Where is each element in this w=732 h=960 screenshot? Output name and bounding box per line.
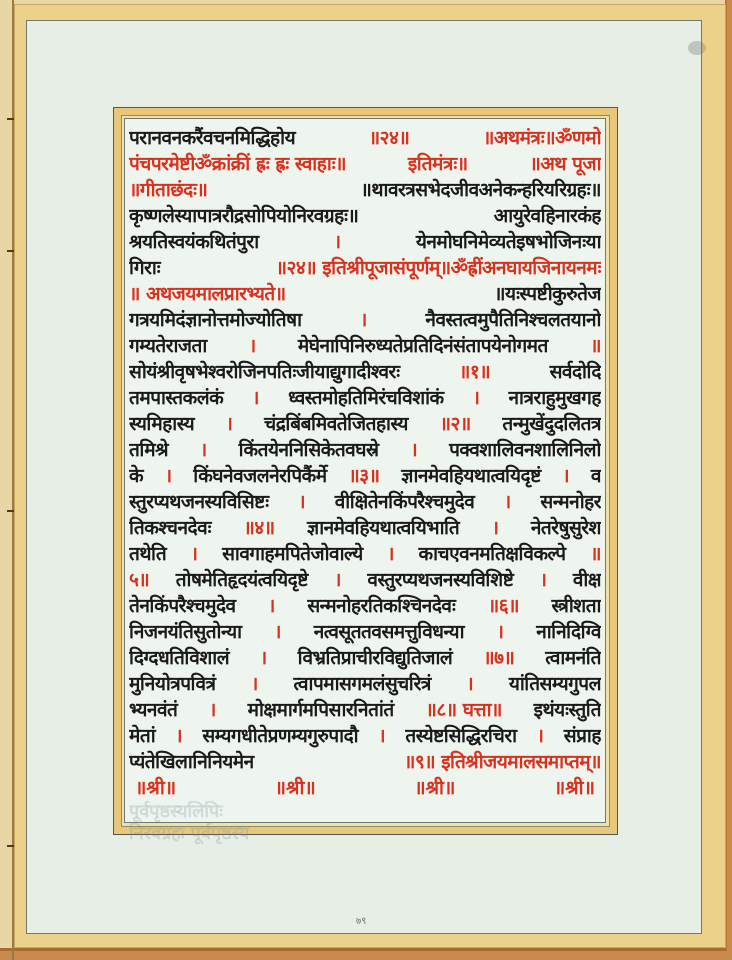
manuscript-line: गत्रयमिदंज्ञानोत्तमोज्योतिषा।नैवस्तत्वमु… [129, 307, 601, 333]
body-text: मोक्षमार्गमपिसारनितांतं [248, 697, 394, 723]
body-text: श्रयतिस्वयंकथितंपुरा [129, 229, 259, 255]
page-number: ७९ [356, 913, 366, 927]
rubric-text: ॥९॥ इतिश्रीजयमालसमाप्तम्॥ [404, 749, 601, 775]
rubric-text: । [387, 541, 394, 567]
rubric-text: ॥अथ पूजा [530, 151, 601, 177]
rubric-text: । [334, 229, 341, 255]
rubric-text: । [540, 567, 547, 593]
rubric-text: ॥६॥ [488, 593, 519, 619]
body-text: येनमोघनिमेव्यतेइषभोजिनःया [416, 229, 601, 255]
body-text: तेनकिंपरैश्चमुदेव [129, 593, 236, 619]
manuscript-line: तमिश्रे।किंतयेननिसिकेतवघस्रे।पक्वशालिवनश… [129, 437, 601, 463]
rubric-text: ॥२४॥ इतिश्रीपूजासंपूर्णम्॥ॐह्रींअनघायजिन… [276, 255, 601, 281]
body-text: ज्ञानमेवहियथात्वयिदृष्टं [401, 463, 540, 489]
body-text: नत्वसूततवसमत्तुविधन्या [314, 619, 464, 645]
body-text: गिराः [129, 255, 160, 281]
body-text: तमपास्तकलंकं [129, 385, 223, 411]
body-text: किंतयेननिसिकेतवघस्रे [239, 437, 379, 463]
body-text: इथंयःस्तुति [534, 697, 601, 723]
body-text: सन्मनोहरतिकश्चिनदेवः [307, 593, 455, 619]
body-text: नानिदिग्वि [536, 619, 601, 645]
rubric-text: । [298, 489, 305, 515]
manuscript-line: मेतां।सम्यगधीतेप्रणम्यगुरुपादौ।तस्येष्टस… [129, 723, 601, 749]
rubric-text: । [473, 385, 480, 411]
rubric-text: ॥ [590, 541, 601, 567]
body-text: नैवस्तत्वमुपैतिनिश्चलतयानो [425, 307, 601, 333]
body-text: वस्तुरप्यथजनस्यविशिष्टे [367, 567, 513, 593]
body-text: भ्यनवंतं [129, 697, 177, 723]
body-text: प्यंतेखिलानिनियमेन [129, 749, 254, 775]
shri-marker-row: ॥श्री॥॥श्री॥॥श्री॥॥श्री॥ [129, 775, 601, 801]
body-text: तथेति [129, 541, 166, 567]
body-text: निजनयंतिसुतोन्या [129, 619, 242, 645]
body-text: पक्वशालिवनशालिनिलो [449, 437, 601, 463]
manuscript-line: ॥गीताछंदः॥॥थावरत्रसभेदजीवअनेकन्हरियरिग्र… [129, 177, 601, 203]
body-text: किंघनेवजलनेरपिकैंर्मे [193, 463, 326, 489]
rubric-text: । [537, 723, 544, 749]
body-text: मुनियोत्रपवित्रं [129, 671, 216, 697]
body-text: यांतिसम्यगुपल [509, 671, 601, 697]
rubric-text: । [274, 619, 281, 645]
rubric-text: । [165, 463, 172, 489]
body-text: मेतां [129, 723, 155, 749]
body-text: मेघेनापिनिरुध्यतेप्रतिदिनंसंतापयेनोगमत [298, 333, 548, 359]
manuscript-line: ॥ अथजयमालप्रारभ्यते॥॥यःस्पष्टीकुरुतेज [129, 281, 601, 307]
rubric-text: पंचपरमेष्टीॐक्रांक्रीं ह्रः ह्रः स्वाहाः… [129, 151, 346, 177]
body-text: काचएवनमतिक्षविकल्पे [419, 541, 566, 567]
body-text: गत्रयमिदंज्ञानोत्तमोज्योतिषा [129, 307, 302, 333]
body-text: नेतरेषुसुरेश [531, 515, 601, 541]
manuscript-line: भ्यनवंतं।मोक्षमार्गमपिसारनितांतं॥८॥ घत्त… [129, 697, 601, 723]
body-text: तिकश्चनदेवः [129, 515, 211, 541]
body-text: वीक्षितेनकिंपरैश्चमुदेव [335, 489, 475, 515]
manuscript-line: मुनियोत्रपवित्रं।त्वापमासगमलंसुचरित्रं।य… [129, 671, 601, 697]
manuscript-line: दिग्दधतिविशालं।विभ्रतिप्राचीरविद्युतिजाल… [129, 645, 601, 671]
body-text: स्यमिहास्य [129, 411, 194, 437]
body-text: सम्यगधीतेप्रणम्यगुरुपादौ [202, 723, 358, 749]
rubric-text: । [334, 567, 341, 593]
rubric-text: । [410, 437, 417, 463]
body-text: वीक्ष [573, 567, 601, 593]
body-text: व [591, 463, 601, 489]
body-text: संप्राह [564, 723, 601, 749]
text-lines: परानवनकरैंवचनमिद्धिहोय॥२४॥॥अथमंत्रः॥ॐणमो… [129, 125, 601, 775]
rubric-text: ॥३॥ [348, 463, 379, 489]
body-text: तोषमेतिहृदयंत्वयिदृष्टे [176, 567, 308, 593]
shri-marker: ॥श्री॥ [554, 775, 595, 801]
rubric-text: ॥४॥ [243, 515, 274, 541]
manuscript-line: पंचपरमेष्टीॐक्रांक्रीं ह्रः ह्रः स्वाहाः… [129, 151, 601, 177]
rubric-text: ॥८॥ घत्ता॥ [425, 697, 501, 723]
rubric-text: ॥७॥ [483, 645, 514, 671]
rubric-text: ॥गीताछंदः॥ [129, 177, 207, 203]
body-text: सर्वदोदि [550, 359, 601, 385]
body-text: तस्येष्टसिद्धिरचिरा [405, 723, 516, 749]
body-text: के [129, 463, 143, 489]
rubric-text: । [497, 619, 504, 645]
body-text: सन्मनोहर [540, 489, 601, 515]
body-text: तमिश्रे [129, 437, 168, 463]
body-text: विभ्रतिप्राचीरविद्युतिजालं [298, 645, 453, 671]
shri-marker: ॥श्री॥ [414, 775, 455, 801]
rubric-text: । [260, 645, 267, 671]
rubric-text: ॥ अथजयमालप्रारभ्यते॥ [129, 281, 286, 307]
rubric-text: ॥२४॥ [369, 125, 410, 151]
body-text: ॥यःस्पष्टीकुरुतेज [494, 281, 601, 307]
rubric-text: । [226, 411, 233, 437]
rubric-text: । [467, 671, 474, 697]
manuscript-line: स्तुरप्यथजनस्यविसिष्टः।वीक्षितेनकिंपरैश्… [129, 489, 601, 515]
manuscript-line: कृष्णलेस्यापात्ररौद्रसोपियोनिरवग्रहः॥आयु… [129, 203, 601, 229]
rubric-text: । [378, 723, 385, 749]
rubric-text: ॥२॥ [440, 411, 471, 437]
body-text: गम्यतेराजता [129, 333, 207, 359]
body-text: आयुरेवहिनारकंह [494, 203, 601, 229]
rubric-text: । [504, 489, 511, 515]
body-text: त्वापमासगमलंसुचरित्रं [293, 671, 430, 697]
body-text: चंद्रबिंबमिवतेजितहास्य [264, 411, 408, 437]
rubric-text: ॥अथमंत्रः॥ॐणमो [483, 125, 601, 151]
rubric-text: । [209, 697, 216, 723]
ink-smudge [688, 41, 706, 55]
rubric-text: । [191, 541, 198, 567]
manuscript-line: श्रयतिस्वयंकथितंपुरा।येनमोघनिमेव्यतेइषभो… [129, 229, 601, 255]
rubric-text: । [252, 385, 259, 411]
manuscript-line: तिकश्चनदेवः॥४॥ज्ञानमेवहियथात्वयिभाति।नेत… [129, 515, 601, 541]
manuscript-line: के।किंघनेवजलनेरपिकैंर्मे॥३॥ज्ञानमेवहियथा… [129, 463, 601, 489]
rubric-text: । [562, 463, 569, 489]
faded-show-through-line: निरवग्रहः पूर्वपृष्ठस्य [129, 823, 601, 845]
rubric-text: । [268, 593, 275, 619]
body-text: सोयंश्रीवृषभेश्वरोजिनपतिःजीयाद्युगादीश्व… [129, 359, 400, 385]
manuscript-line: स्यमिहास्य।चंद्रबिंबमिवतेजितहास्य॥२॥तन्म… [129, 411, 601, 437]
rubric-text: । [492, 515, 499, 541]
manuscript-line: परानवनकरैंवचनमिद्धिहोय॥२४॥॥अथमंत्रः॥ॐणमो [129, 125, 601, 151]
body-text: ॥थावरत्रसभेदजीवअनेकन्हरियरिग्रहः॥ [361, 177, 602, 203]
rubric-text: । [200, 437, 207, 463]
rubric-text: । [360, 307, 367, 333]
manuscript-line: सोयंश्रीवृषभेश्वरोजिनपतिःजीयाद्युगादीश्व… [129, 359, 601, 385]
rubric-text: । [249, 333, 256, 359]
manuscript-page: परानवनकरैंवचनमिद्धिहोय॥२४॥॥अथमंत्रः॥ॐणमो… [0, 0, 727, 951]
body-text: परानवनकरैंवचनमिद्धिहोय [129, 125, 295, 151]
manuscript-text-block: परानवनकरैंवचनमिद्धिहोय॥२४॥॥अथमंत्रः॥ॐणमो… [124, 118, 606, 823]
manuscript-line: तथेति।सावगाहमपितेजोवाल्ये।काचएवनमतिक्षवि… [129, 541, 601, 567]
rubric-text: ॥ [590, 333, 601, 359]
manuscript-line: तमपास्तकलंकं।ध्वस्तमोहतिमिरंचविशांकं।नात… [129, 385, 601, 411]
body-text: दिग्दधतिविशालं [129, 645, 229, 671]
shri-marker: ॥श्री॥ [275, 775, 316, 801]
body-text: स्त्रीशता [551, 593, 600, 619]
rubric-text: । [175, 723, 182, 749]
body-text: सावगाहमपितेजोवाल्ये [222, 541, 363, 567]
manuscript-line: गिराः॥२४॥ इतिश्रीपूजासंपूर्णम्॥ॐह्रींअनघ… [129, 255, 601, 281]
body-text: स्तुरप्यथजनस्यविसिष्टः [129, 489, 269, 515]
manuscript-line: प्यंतेखिलानिनियमेन॥९॥ इतिश्रीजयमालसमाप्त… [129, 749, 601, 775]
manuscript-line: तेनकिंपरैश्चमुदेव।सन्मनोहरतिकश्चिनदेवः॥६… [129, 593, 601, 619]
rubric-text: इतिमंत्रः॥ [408, 151, 468, 177]
rubric-text: ॥१॥ [459, 359, 490, 385]
manuscript-line: ५॥तोषमेतिहृदयंत्वयिदृष्टे।वस्तुरप्यथजनस्… [129, 567, 601, 593]
rubric-text: ५॥ [129, 567, 149, 593]
body-text: ज्ञानमेवहियथात्वयिभाति [307, 515, 459, 541]
rubric-text: । [251, 671, 258, 697]
manuscript-line: गम्यतेराजता।मेघेनापिनिरुध्यतेप्रतिदिनंसं… [129, 333, 601, 359]
shri-marker: ॥श्री॥ [135, 775, 176, 801]
faded-show-through-line: पूर्वपृष्ठस्यलिपिः [129, 801, 601, 823]
manuscript-line: निजनयंतिसुतोन्या।नत्वसूततवसमत्तुविधन्या।… [129, 619, 601, 645]
body-text: नात्रराहुमुखगह [509, 385, 601, 411]
body-text: ध्वस्तमोहतिमिरंचविशांकं [288, 385, 444, 411]
body-text: कृष्णलेस्यापात्ररौद्रसोपियोनिरवग्रहः॥ [129, 203, 358, 229]
body-text: त्वामनंति [545, 645, 601, 671]
body-text: तन्मुखेंदुदलितत्र [502, 411, 601, 437]
show-through-text: पूर्वपृष्ठस्यलिपिःनिरवग्रहः पूर्वपृष्ठस्… [129, 801, 601, 845]
